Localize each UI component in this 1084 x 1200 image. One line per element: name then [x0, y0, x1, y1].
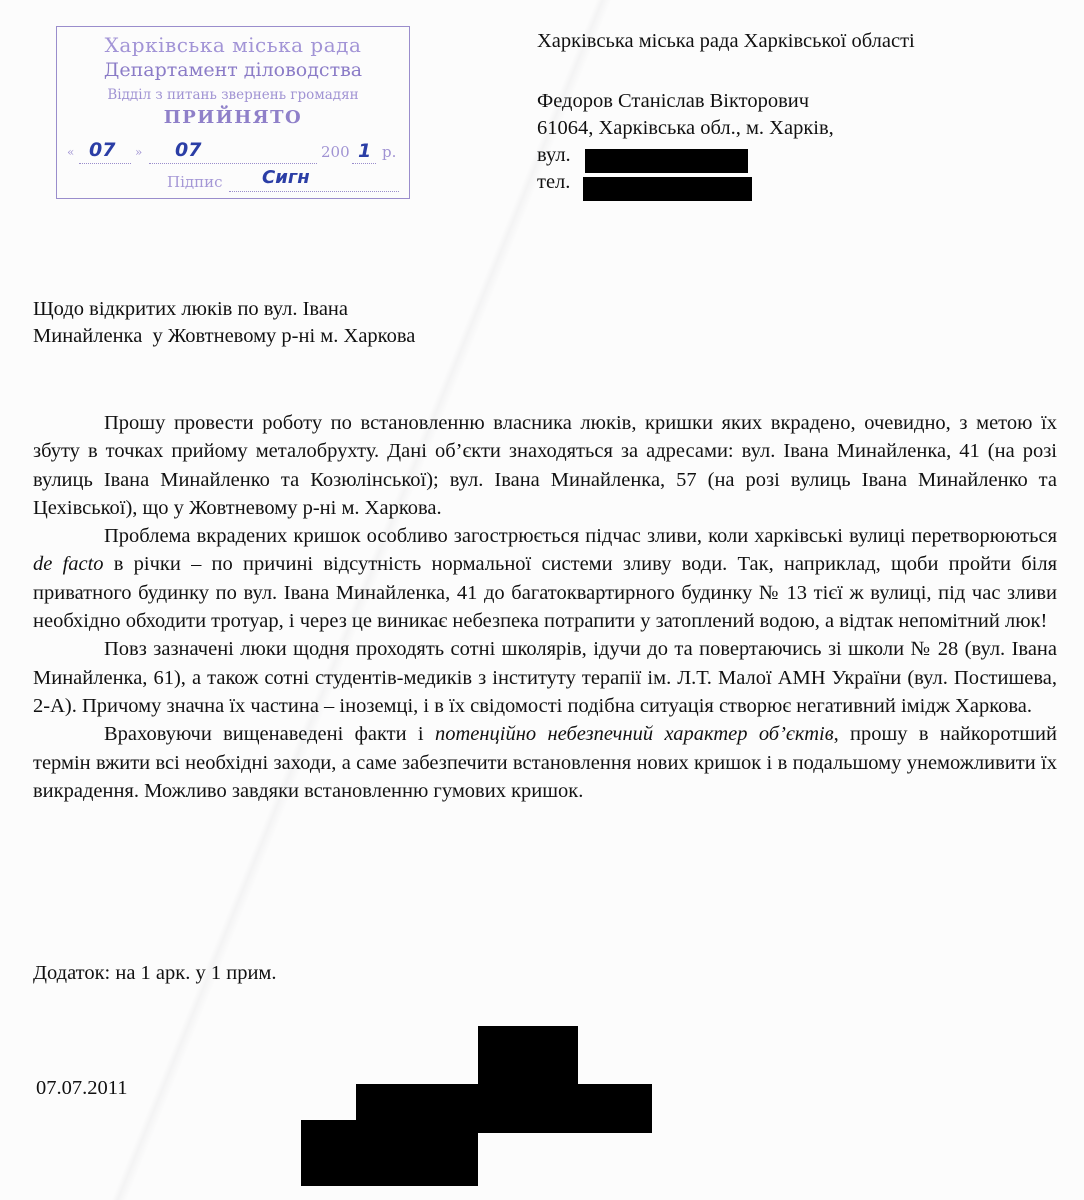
stamp-year-line [352, 163, 376, 164]
stamp-department: Департамент діловодства [57, 59, 409, 81]
stamp-signature-row: Підпис Сигн [57, 173, 409, 197]
stamp-council-name: Харківська міська рада [57, 33, 409, 57]
p2-text-start: Проблема вкрадених кришок особливо загос… [104, 525, 1057, 547]
attachment-note: Додаток: на 1 арк. у 1 прим. [33, 962, 277, 985]
p4-text-start: Враховуючи вищенаведені факти і [104, 723, 435, 745]
stamp-date-row: « 07 » 07 200 1 р. [65, 143, 403, 167]
sender-name: Федоров Станіслав Вікторович [537, 88, 834, 115]
subject-line-2: Минайленка у Жовтневому р-ні м. Харкова [33, 323, 415, 350]
body-paragraph-1: Прошу провести роботу по встановленню вл… [33, 409, 1057, 522]
stamp-signature-line [229, 191, 399, 192]
p4-italic-emphasis: потенційно небезпечний характер об’єктів [435, 723, 834, 745]
sender-address: 61064, Харківська обл., м. Харків, [537, 115, 834, 142]
body-paragraph-2: Проблема вкрадених кришок особливо загос… [33, 522, 1057, 635]
redacted-street [585, 149, 748, 173]
p2-text-end: в річки – по причині відсутність нормаль… [33, 553, 1057, 632]
letter-body: Прошу провести роботу по встановленню вл… [33, 409, 1057, 805]
body-paragraph-3: Повз зазначені люки щодня проходять сотн… [33, 635, 1057, 720]
p2-italic-de-facto: de facto [33, 553, 104, 575]
redacted-phone [583, 177, 752, 201]
stamp-signature-label: Підпис [167, 173, 223, 191]
stamp-open-quote: « [67, 145, 74, 159]
subject-line-1: Щодо відкритих люків по вул. Івана [33, 296, 415, 323]
stamp-day-handwritten: 07 [89, 139, 115, 161]
stamp-month-handwritten: 07 [175, 139, 201, 161]
recipient: Харківська міська рада Харківської облас… [537, 28, 915, 55]
document-page: Харківська міська рада Департамент ділов… [0, 0, 1084, 1200]
redaction-block-bottom [301, 1120, 478, 1186]
stamp-year-suffix: р. [382, 143, 396, 161]
phone-label: тел. [537, 171, 570, 193]
stamp-division: Відділ з питань звернень громадян [57, 87, 409, 103]
stamp-day-line [79, 163, 131, 164]
stamp-year-handwritten: 1 [358, 140, 371, 162]
stamp-year-prefix: 200 [321, 143, 350, 161]
registration-stamp: Харківська міська рада Департамент ділов… [56, 26, 410, 199]
stamp-accepted: ПРИЙНЯТО [57, 107, 409, 128]
letter-subject: Щодо відкритих люків по вул. Івана Минай… [33, 296, 415, 350]
document-date: 07.07.2011 [36, 1077, 128, 1100]
stamp-signature-handwritten: Сигн [262, 167, 310, 188]
street-label: вул. [537, 144, 571, 166]
stamp-close-quote: » [135, 145, 142, 159]
redaction-block-top [478, 1026, 578, 1086]
body-paragraph-4: Враховуючи вищенаведені факти і потенцій… [33, 720, 1057, 805]
stamp-month-line [149, 163, 317, 164]
